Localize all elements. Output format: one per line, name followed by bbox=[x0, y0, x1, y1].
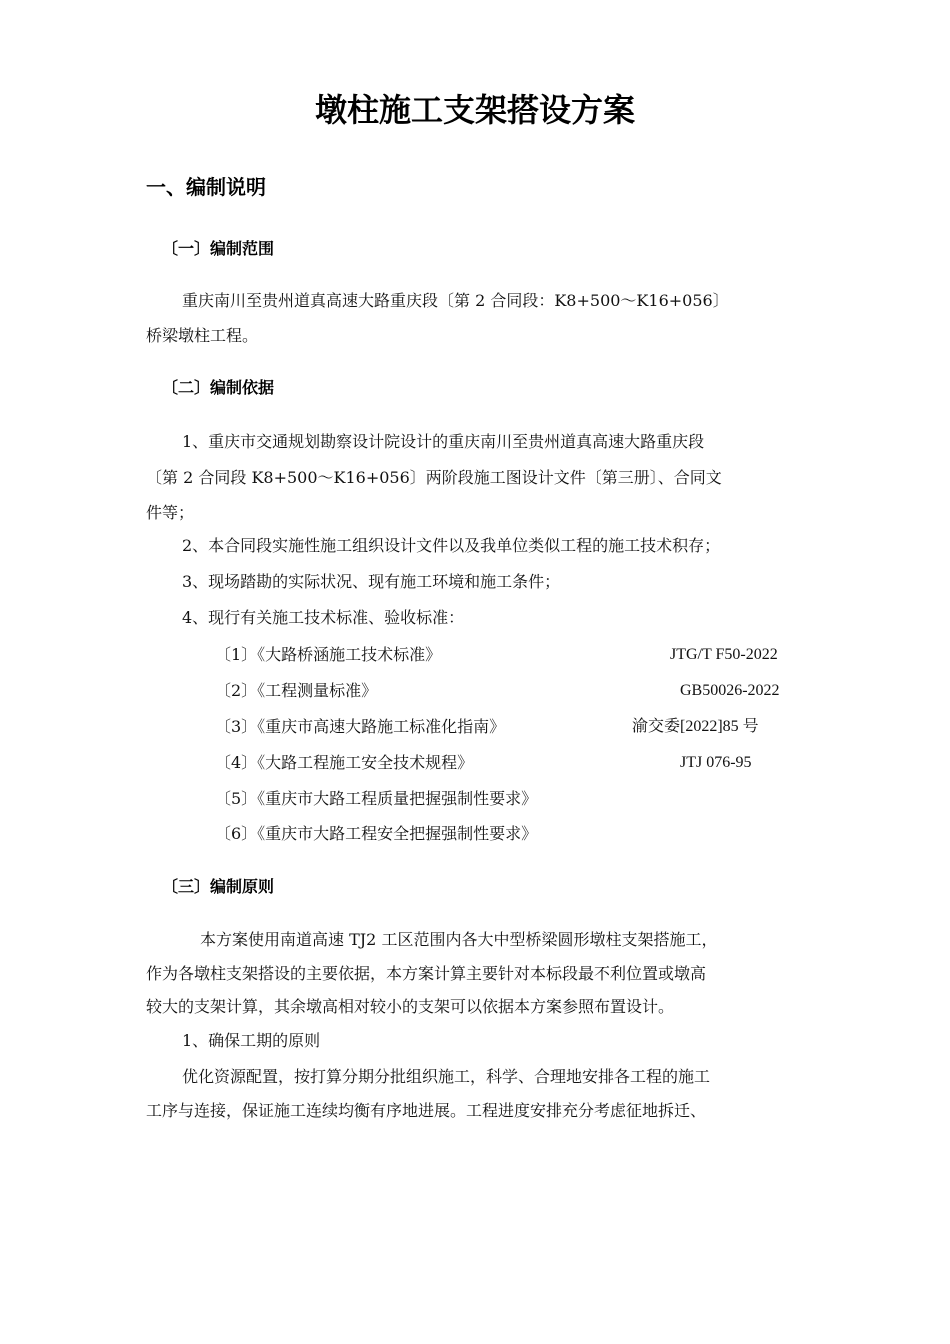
standard-3-code: 渝交委[2022]85 号 bbox=[632, 715, 759, 739]
principles-intro-line-1: 本方案使用南道高速 TJ2 工区范围内各大中型桥梁圆形墩柱支架搭施工， bbox=[200, 928, 717, 952]
scope-paragraph-line-1: 重庆南川至贵州道真高速大路重庆段〔第 2 合同段：K8+500～K16+056〕 bbox=[182, 289, 729, 313]
principles-intro-line-2: 作为各墩柱支架搭设的主要依据，本方案计算主要针对本标段最不利位置或墩高 bbox=[146, 962, 706, 986]
basis-item-2: 2、本合同段实施性施工组织设计文件以及我单位类似工程的施工技术积存； bbox=[182, 534, 720, 558]
principle-1-line-2: 工序与连接，保证施工连续均衡有序地进展。工程进度安排充分考虑征地拆迁、 bbox=[146, 1099, 706, 1123]
standard-4-title: 〔4〕《大路工程施工安全技术规程》 bbox=[215, 751, 473, 775]
standard-2-code: GB50026-2022 bbox=[680, 679, 780, 703]
principles-intro-line-3: 较大的支架计算，其余墩高相对较小的支架可以依据本方案参照布置设计。 bbox=[146, 995, 674, 1019]
basis-item-1-line-1: 1、重庆市交通规划勘察设计院设计的重庆南川至贵州道真高速大路重庆段 bbox=[182, 430, 704, 454]
section-heading-compilation-notes: 一、编制说明 bbox=[146, 172, 266, 202]
standard-4-code: JTJ 076-95 bbox=[680, 751, 752, 775]
scope-paragraph-line-2: 桥梁墩柱工程。 bbox=[146, 324, 258, 348]
standard-3-title: 〔3〕《重庆市高速大路施工标准化指南》 bbox=[215, 715, 505, 739]
standard-1-title: 〔1〕《大路桥涵施工技术标准》 bbox=[215, 643, 441, 667]
principle-1-line-1: 优化资源配置，按打算分期分批组织施工，科学、合理地安排各工程的施工 bbox=[182, 1065, 710, 1089]
standard-2-title: 〔2〕《工程测量标准》 bbox=[215, 679, 377, 703]
basis-item-1-line-2: 〔第 2 合同段 K8+500～K16+056〕两阶段施工图设计文件〔第三册〕、… bbox=[146, 466, 722, 490]
subsection-heading-principles: 〔三〕编制原则 bbox=[162, 875, 274, 899]
subsection-heading-scope: 〔一〕编制范围 bbox=[162, 237, 274, 261]
standard-5-title: 〔5〕《重庆市大路工程质量把握强制性要求》 bbox=[215, 787, 537, 811]
standard-6-title: 〔6〕《重庆市大路工程安全把握强制性要求》 bbox=[215, 822, 537, 846]
document-page: 墩柱施工支架搭设方案 一、编制说明 〔一〕编制范围 重庆南川至贵州道真高速大路重… bbox=[0, 0, 950, 1344]
basis-item-3: 3、现场踏勘的实际状况、现有施工环境和施工条件； bbox=[182, 570, 560, 594]
basis-item-4: 4、现行有关施工技术标准、验收标准： bbox=[182, 606, 464, 630]
basis-item-1-line-3: 件等； bbox=[146, 501, 194, 525]
principle-1-heading: 1、确保工期的原则 bbox=[182, 1029, 320, 1053]
subsection-heading-basis: 〔二〕编制依据 bbox=[162, 376, 274, 400]
standard-1-code: JTG/T F50-2022 bbox=[670, 643, 778, 667]
document-title: 墩柱施工支架搭设方案 bbox=[0, 88, 950, 132]
